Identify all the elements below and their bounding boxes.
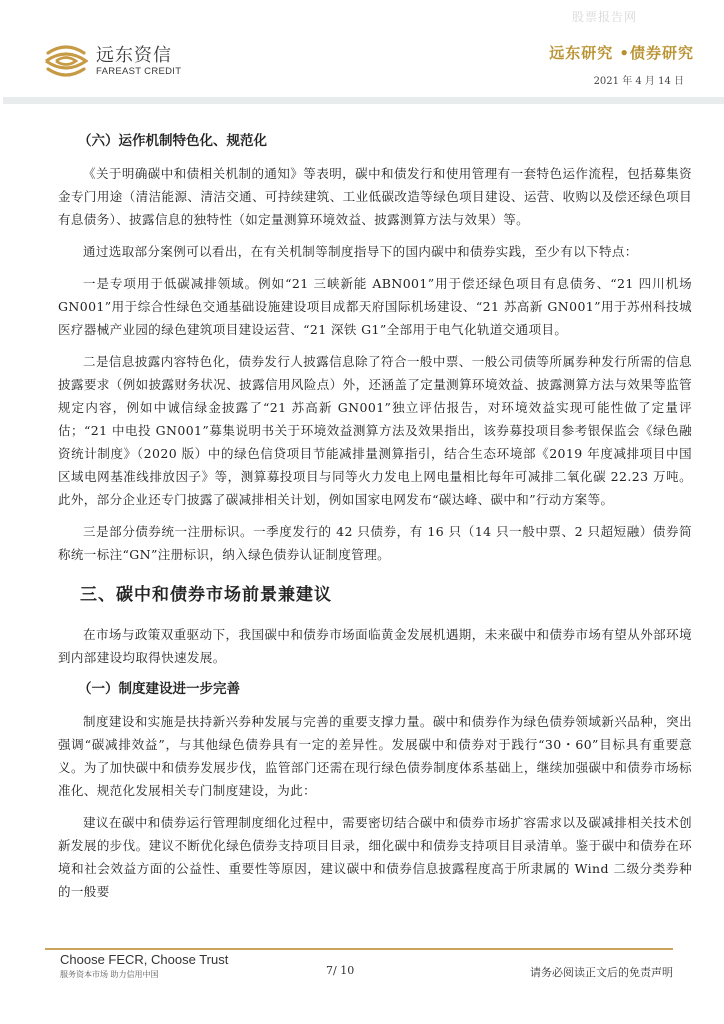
disclaimer-note: 请务必阅读正文后的免责声明: [530, 964, 673, 980]
paragraph: 一是专项用于低碳减排领域。例如“21 三峡新能 ABN001”用于偿还绿色项目有…: [58, 272, 692, 341]
chapter-heading-3: 三、碳中和债券市场前景兼建议: [80, 584, 692, 607]
report-date: 2021 年 4 月 14 日: [594, 72, 684, 87]
paragraph: 制度建设和实施是扶持新兴券种发展与完善的重要支撑力量。碳中和债券作为绿色债券领域…: [58, 710, 692, 802]
subsection-heading-1: （一）制度建设进一步完善: [78, 678, 692, 701]
footer-slogan: Choose FECR, Choose Trust: [60, 952, 228, 967]
footer-divider: [45, 948, 673, 950]
watermark: 股票报告网: [572, 8, 637, 25]
document-body: （六）运作机制特色化、规范化 《关于明确碳中和债相关机制的通知》等表明，碳中和债…: [58, 130, 692, 912]
paragraph: 在市场与政策双重驱动下，我国碳中和债券市场面临黄金发展机遇期，未来碳中和债券市场…: [58, 623, 692, 669]
paragraph: 通过选取部分案例可以看出，在有关机制等制度指导下的国内碳中和债券实践，至少有以下…: [58, 240, 692, 263]
logo-chinese-name: 远东资信: [96, 46, 181, 66]
header-divider: [3, 97, 724, 104]
company-logo: 远东资信 FAREAST CREDIT: [44, 45, 181, 77]
page-number: 7/ 10: [326, 964, 354, 977]
report-series-title: 远东研究 •债券研究: [549, 42, 694, 63]
paragraph: 三是部分债券统一注册标识。一季度发行的 42 只债券，有 16 只（14 只一般…: [58, 520, 692, 566]
section-heading-6: （六）运作机制特色化、规范化: [78, 130, 692, 153]
logo-english-name: FAREAST CREDIT: [96, 66, 181, 77]
paragraph: 建议在碳中和债券运行管理制度细化过程中，需要密切结合碳中和债券市场扩容需求以及碳…: [58, 811, 692, 903]
paragraph: 《关于明确碳中和债相关机制的通知》等表明，碳中和债发行和使用管理有一套特色运作流…: [58, 162, 692, 231]
fareast-logo-icon: [44, 45, 88, 77]
footer-tagline: 服务资本市场 助力信用中国: [60, 969, 159, 980]
paragraph: 二是信息披露内容特色化，债券发行人披露信息除了符合一般中票、一般公司债等所属券种…: [58, 350, 692, 511]
